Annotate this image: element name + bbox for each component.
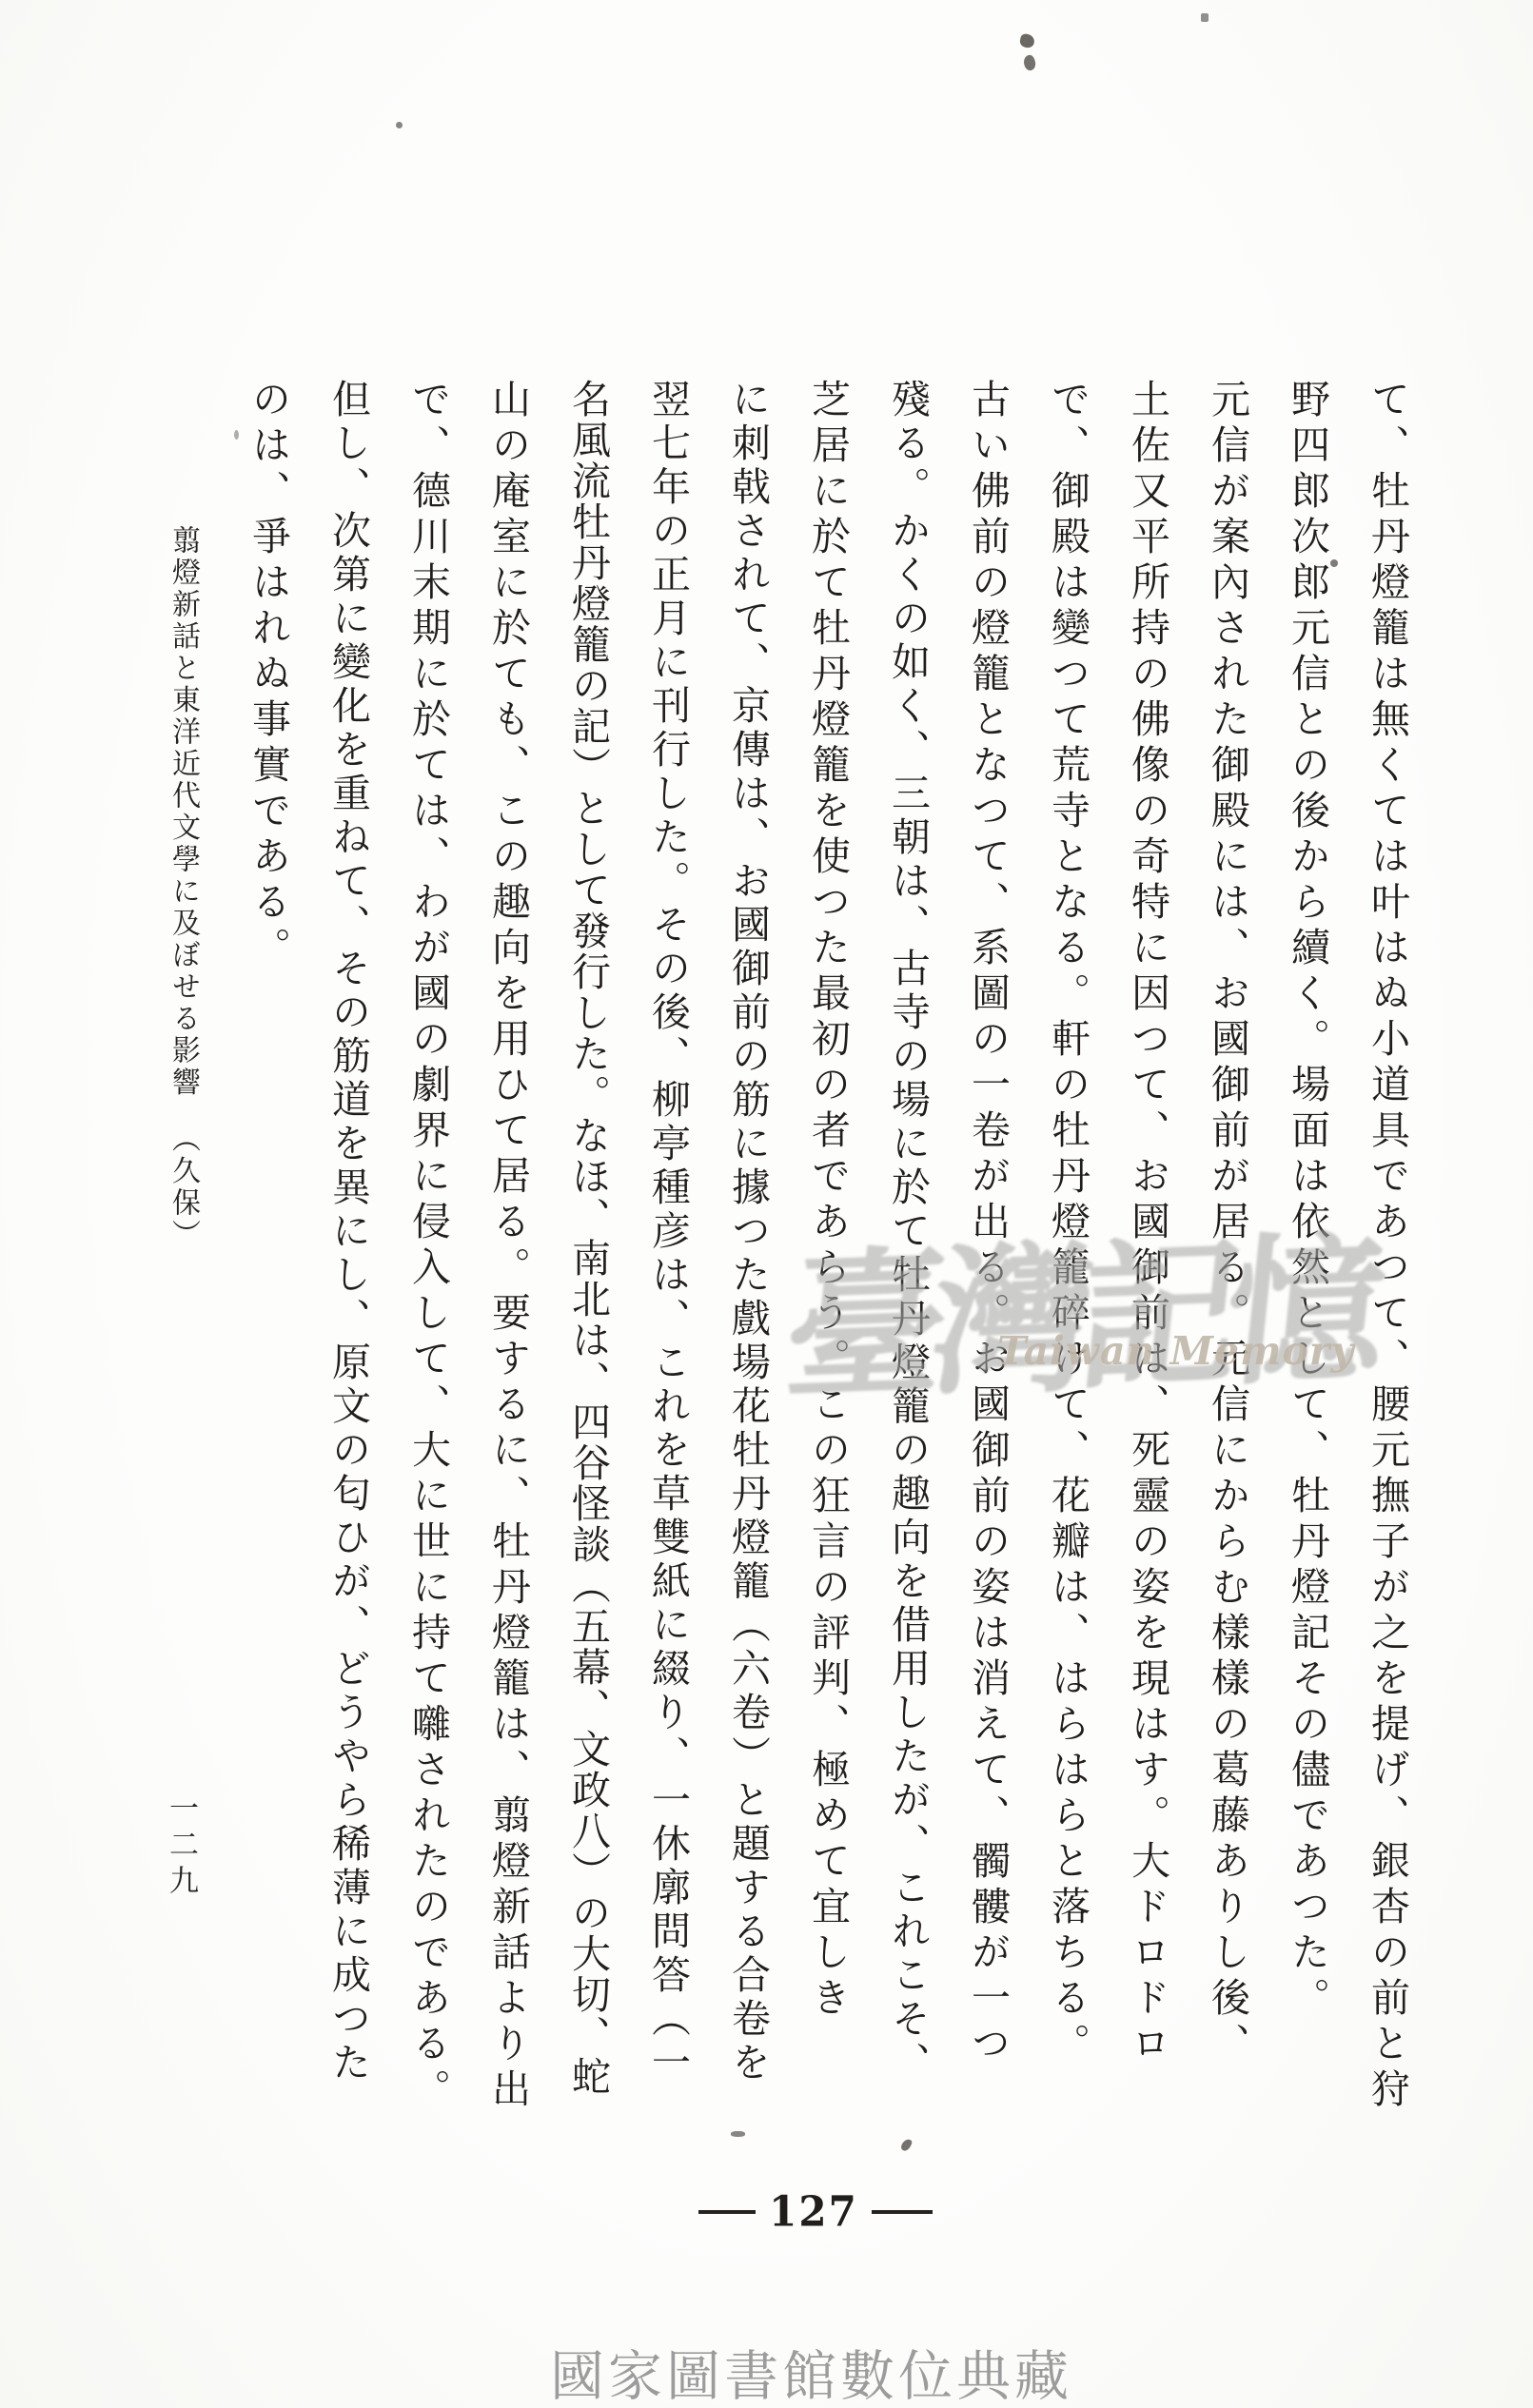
main-text-block: て、牡丹燈籠は無くては叶はぬ小道具であつて、腰元撫子が之を提げ、銀杏の前と狩 野… xyxy=(226,379,1427,2167)
scan-artifact-speck xyxy=(396,122,403,128)
text-column: 但し、次第に變化を重ねて、その筋道を異にし、原文の匂ひが、どうやら稀薄に成つた xyxy=(308,379,388,2167)
page-number-block: 127 xyxy=(706,2188,925,2235)
scan-artifact-speck xyxy=(1019,33,1036,49)
side-title-author: （久保） xyxy=(164,1124,202,1251)
text-column: 野四郎次郎元信との後から續く。場面は依然として、牡丹燈記その儘であつた。 xyxy=(1268,379,1347,2167)
text-column: 芝居に於て牡丹燈籠を使つた最初の者であらう。この狂言の評判、極めて宜しき xyxy=(788,379,868,2167)
text-column: のは、爭はれぬ事實である。 xyxy=(228,379,308,2167)
scan-artifact-speck xyxy=(1330,559,1338,567)
page-number: 127 xyxy=(769,2187,858,2236)
text-column: 山の庵室に於ても、この趣向を用ひて居る。要するに、牡丹燈籠は、翦燈新話より出 xyxy=(468,379,548,2167)
side-title-text: 翦燈新話と東洋近代文學に及ぼせる影響 xyxy=(167,525,200,1099)
text-column: で、德川末期に於ては、わが國の劇界に侵入して、大に世に持て囃されたのである。 xyxy=(388,379,468,2167)
page-number-rule-left xyxy=(698,2210,756,2214)
text-column: で、御殿は變つて荒寺となる。軒の牡丹燈籠碎けて、花瓣は、はらはらと落ちる。 xyxy=(1028,379,1108,2167)
text-column: 翌七年の正月に刊行した。その後、柳亭種彦は、これを草雙紙に綴り、一休廓問答（一 xyxy=(628,379,708,2167)
text-column: て、牡丹燈籠は無くては叶はぬ小道具であつて、腰元撫子が之を提げ、銀杏の前と狩 xyxy=(1347,379,1427,2167)
scan-artifact-speck xyxy=(1201,13,1209,22)
text-column: 名風流牡丹燈籠の記）として發行した。なほ、南北は、四谷怪談（五幕、文政八）の大切… xyxy=(548,379,628,2167)
scan-artifact-speck xyxy=(234,430,239,440)
folio-number: 一二九 xyxy=(160,1792,203,1901)
page-number-rule-right xyxy=(872,2210,933,2214)
text-column: 殘る。かくの如く、三朝は、古寺の場に於て牡丹燈籠の趣向を借用したが、これこそ、 xyxy=(868,379,948,2167)
text-column: に刺戟されて、京傳は、お國御前の筋に據つた戲場花牡丹燈籠（六卷）と題する合卷を xyxy=(708,379,788,2167)
scanned-book-page: て、牡丹燈籠は無くては叶はぬ小道具であつて、腰元撫子が之を提げ、銀杏の前と狩 野… xyxy=(0,0,1533,2408)
archive-footer: 國家圖書館數位典藏 xyxy=(550,2333,1072,2408)
text-column: 土佐又平所持の佛像の奇特に因つて、お國御前は、死靈の姿を現はす。大ドロドロ xyxy=(1108,379,1188,2167)
side-title: 翦燈新話と東洋近代文學に及ぼせる影響（久保） xyxy=(164,525,202,1251)
text-column: 元信が案內された御殿には、お國御前が居る。元信にからむ樣樣の葛藤ありし後、 xyxy=(1188,379,1268,2167)
text-column: 古い佛前の燈籠となつて、系圖の一卷が出る。お國御前の姿は消えて、髑髏が一つ xyxy=(948,379,1028,2167)
scan-artifact-speck xyxy=(1022,54,1037,72)
scan-artifact-speck xyxy=(731,2131,745,2137)
